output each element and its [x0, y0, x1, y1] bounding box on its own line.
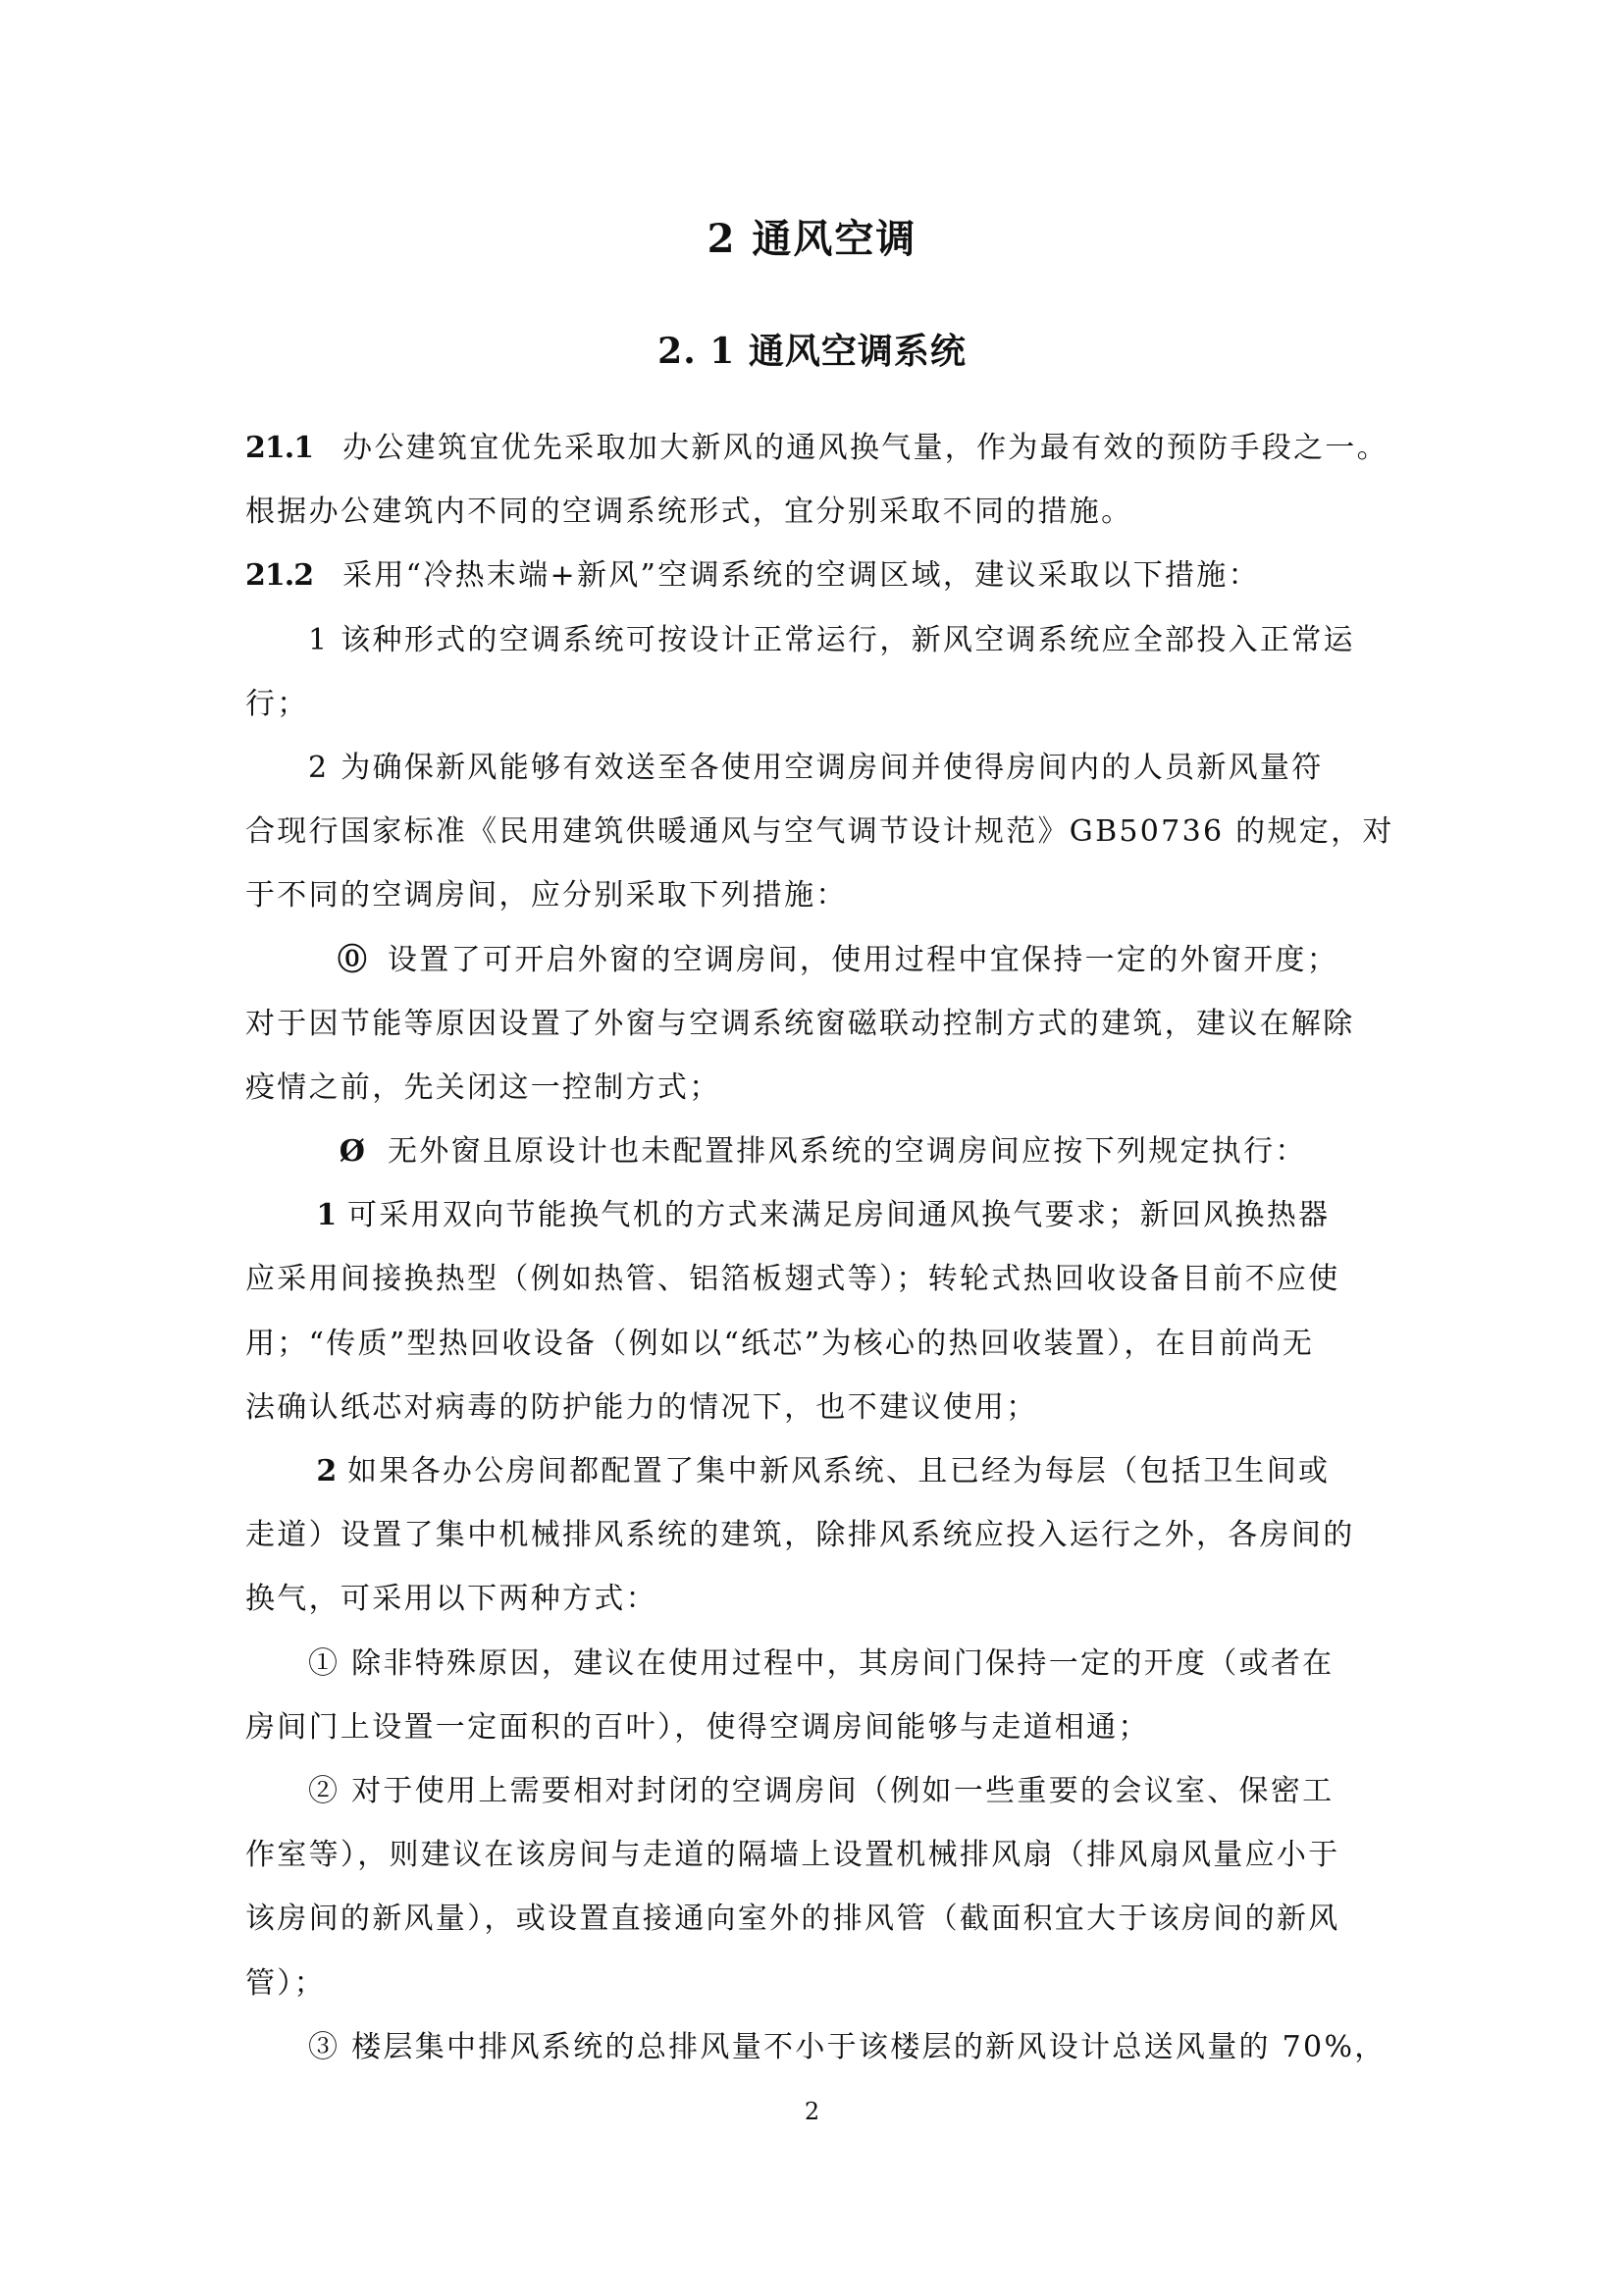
- circled-item-3: ③ 楼层集中排风系统的总排风量不小于该楼层的新风设计总送风量的 70%，: [245, 2023, 1398, 2087]
- chapter-title: 2 通风空调: [0, 208, 1624, 264]
- page-number: 2: [0, 2098, 1624, 2125]
- paragraph-line: 走道）设置了集中机械排风系统的建筑，除排风系统应投入运行之外，各房间的: [245, 1511, 1398, 1575]
- circled-item-1: ① 除非特殊原因，建议在使用过程中，其房间门保持一定的开度（或者在: [245, 1640, 1398, 1703]
- clause-2-1-1: 21.1办公建筑宜优先采取加大新风的通风换气量，作为最有效的预防手段之一。: [245, 424, 1398, 488]
- paragraph-line: 合现行国家标准《民用建筑供暖通风与空气调节设计规范》GB50736 的规定，对: [245, 808, 1398, 871]
- section-title: 2. 1 通风空调系统: [0, 324, 1624, 374]
- paragraph-line: 于不同的空调房间，应分别采取下列措施：: [245, 871, 1398, 935]
- paragraph-line: 换气，可采用以下两种方式：: [245, 1575, 1398, 1639]
- sub-item-2: Ø无外窗且原设计也未配置排风系统的空调房间应按下列规定执行：: [245, 1127, 1398, 1191]
- paragraph-line: 房间门上设置一定面积的百叶），使得空调房间能够与走道相通；: [245, 1703, 1398, 1767]
- paragraph-line: 根据办公建筑内不同的空调系统形式，宜分别采取不同的措施。: [245, 488, 1398, 551]
- paragraph-line: 法确认纸芯对病毒的防护能力的情况下，也不建议使用；: [245, 1383, 1398, 1447]
- list-marker: 1: [308, 1191, 347, 1240]
- sub-sub-item-1: 1可采用双向节能换气机的方式来满足房间通风换气要求；新回风换热器: [245, 1191, 1398, 1255]
- paragraph-line: 疫情之前，先关闭这一控制方式；: [245, 1064, 1398, 1127]
- sub-sub-item-2: 2如果各办公房间都配置了集中新风系统、且已经为每层（包括卫生间或: [245, 1447, 1398, 1511]
- list-marker: ⓪: [319, 936, 388, 985]
- paragraph-line: 作室等），则建议在该房间与走道的隔墙上设置机械排风扇（排风扇风量应小于: [245, 1831, 1398, 1895]
- paragraph-line: 管）；: [245, 1959, 1398, 2023]
- list-marker: Ø: [319, 1127, 388, 1176]
- document-page: 2 通风空调 2. 1 通风空调系统 21.1办公建筑宜优先采取加大新风的通风换…: [0, 0, 1624, 2295]
- paragraph-line: 行；: [245, 680, 1398, 744]
- sub-item-1: ⓪设置了可开启外窗的空调房间，使用过程中宜保持一定的外窗开度；: [245, 936, 1398, 1000]
- clause-number: 21.1: [245, 431, 313, 465]
- paragraph-line: 应采用间接换热型（例如热管、铝箔板翅式等）；转轮式热回收设备目前不应使: [245, 1255, 1398, 1319]
- item-2: 2 为确保新风能够有效送至各使用空调房间并使得房间内的人员新风量符: [245, 744, 1398, 808]
- paragraph-line: 该房间的新风量），或设置直接通向室外的排风管（截面积宜大于该房间的新风: [245, 1895, 1398, 1958]
- paragraph-line: 对于因节能等原因设置了外窗与空调系统窗磁联动控制方式的建筑，建议在解除: [245, 1000, 1398, 1064]
- clause-number: 21.2: [245, 558, 313, 593]
- circled-item-2: ② 对于使用上需要相对封闭的空调房间（例如一些重要的会议室、保密工: [245, 1767, 1398, 1831]
- paragraph-line: 用；“传质”型热回收设备（例如以“纸芯”为核心的热回收装置），在目前尚无: [245, 1320, 1398, 1383]
- clause-2-1-2: 21.2采用“冷热末端+新风”空调系统的空调区域，建议采取以下措施：: [245, 551, 1398, 615]
- list-marker: 2: [308, 1447, 347, 1496]
- item-1: 1 该种形式的空调系统可按设计正常运行，新风空调系统应全部投入正常运: [245, 616, 1398, 680]
- body-text: 21.1办公建筑宜优先采取加大新风的通风换气量，作为最有效的预防手段之一。 根据…: [245, 424, 1398, 2087]
